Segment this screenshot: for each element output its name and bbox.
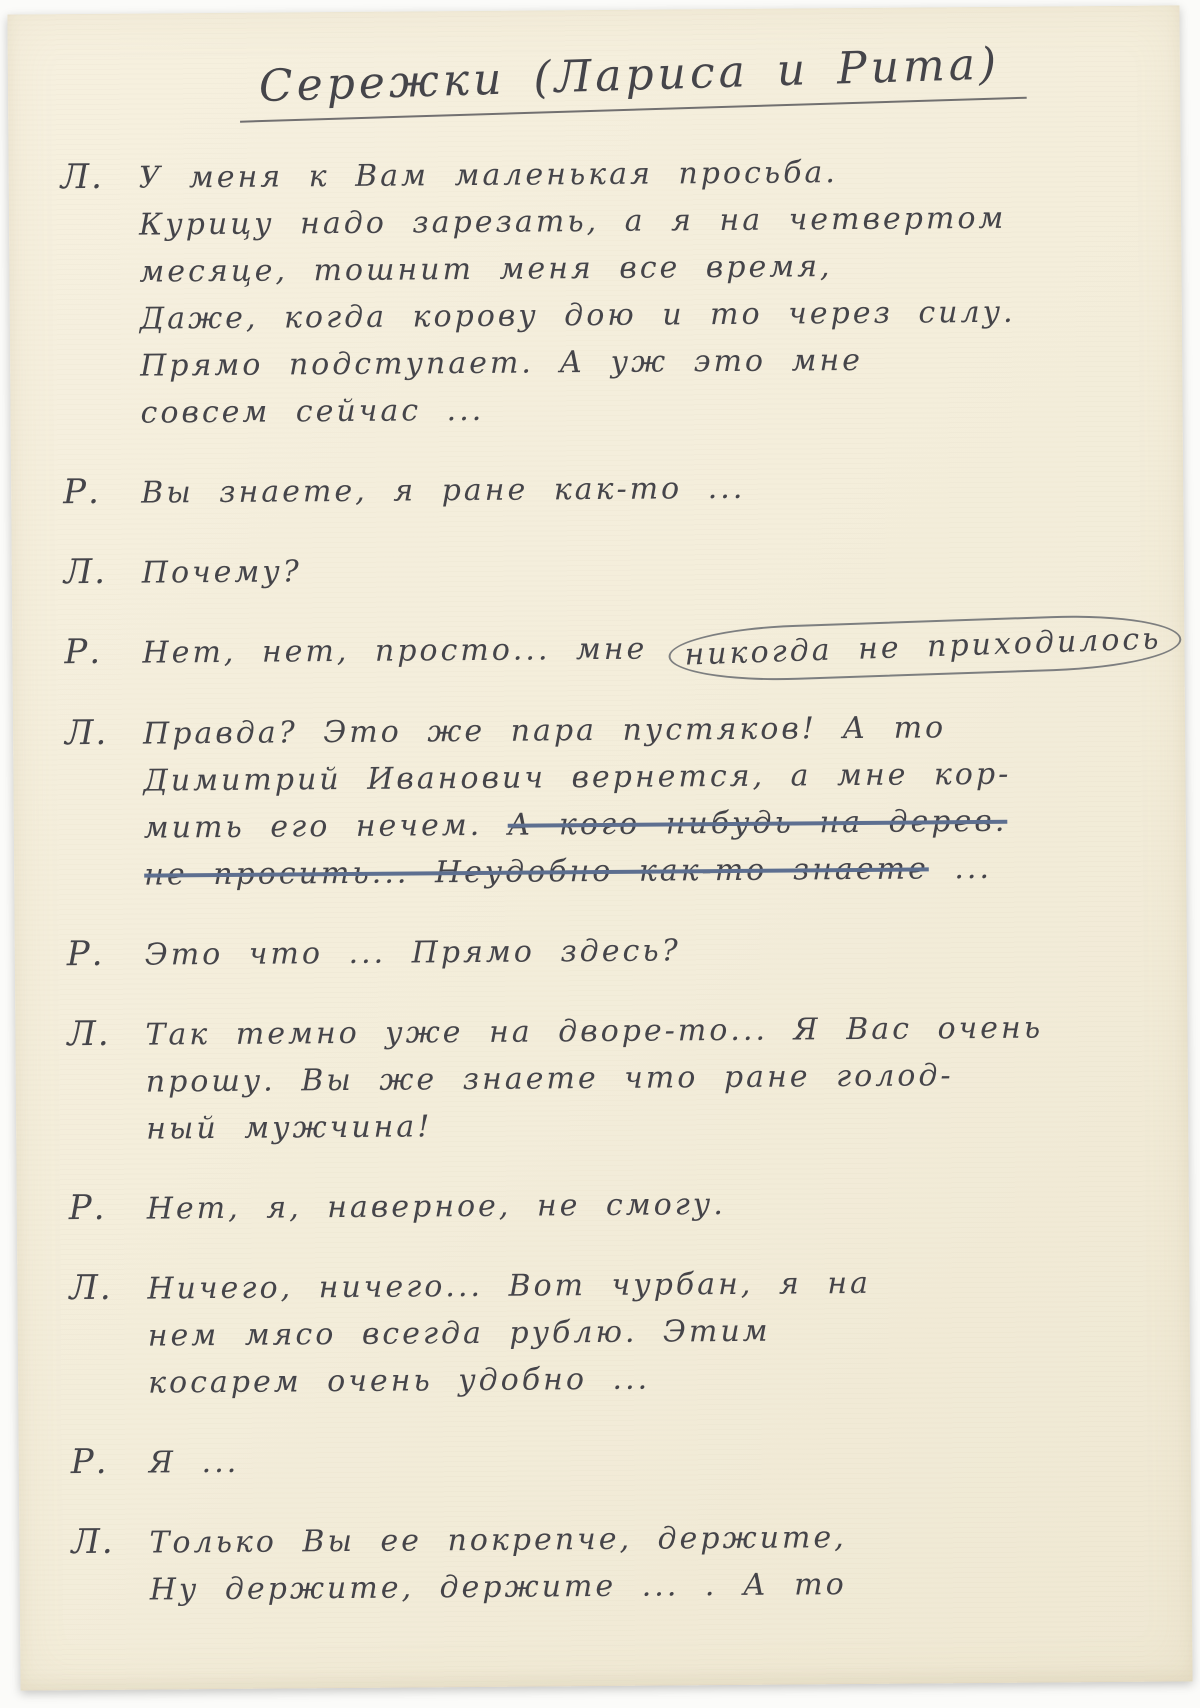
dialogue-entry: Л.У меня к Вам маленькая просьба.Курицу … <box>61 147 1149 438</box>
speaker-label: Л. <box>71 1520 150 1615</box>
handwritten-line: Ну держите, держите ... . А то <box>150 1559 1158 1614</box>
handwritten-line: Почему? <box>142 542 1150 597</box>
handwritten-line: мить его нечем. А кого нибудь на дерев. <box>144 797 1152 852</box>
speaker-label: Л. <box>64 550 142 598</box>
handwritten-line: У меня к Вам маленькая просьба. <box>139 147 1147 202</box>
handwritten-line: не просить... Неудобно как-то знаете ... <box>144 844 1152 899</box>
handwritten-line: Курицу надо зарезать, а я на четвертом <box>139 194 1147 249</box>
handwritten-text: Димитрий Иванович вернется, а мне кор- <box>143 757 1011 799</box>
dialogue-entry: Р.Нет, нет, просто... мне никогда не при… <box>64 622 1150 679</box>
speaker-label: Р. <box>69 1186 147 1234</box>
dialogue-lines: Это что ... Прямо здесь? <box>145 924 1153 979</box>
dialogue-lines: Только Вы ее покрепче, держите,Ну держит… <box>149 1512 1158 1614</box>
handwritten-text: Ну держите, держите ... . А то <box>150 1567 847 1607</box>
handwritten-line: косарем очень удобно ... <box>148 1352 1156 1407</box>
handwritten-text: Ничего, ничего... Вот чурбан, я на <box>147 1266 871 1307</box>
handwritten-text: Нет, нет, просто... мне <box>142 631 673 670</box>
dialogue-lines: Я ... <box>149 1432 1157 1487</box>
speaker-label: Р. <box>67 932 145 980</box>
handwritten-line: Прямо подступает. А уж это мне <box>140 335 1148 390</box>
speaker-label: Л. <box>65 711 144 900</box>
dialogue-lines: Нет, нет, просто... мне никогда не прихо… <box>142 622 1172 678</box>
dialogue-lines: Нет, я, наверное, не смогу. <box>147 1178 1155 1233</box>
dialogue-entry: Л.Ничего, ничего... Вот чурбан, я нанем … <box>69 1258 1156 1408</box>
dialogue-lines: Почему? <box>142 542 1150 597</box>
handwritten-text: косарем очень удобно ... <box>148 1362 650 1401</box>
dialogue-entry: Р.Я ... <box>71 1432 1157 1488</box>
handwritten-text: совсем сейчас ... <box>140 393 484 431</box>
handwritten-line: Нет, нет, просто... мне никогда не прихо… <box>142 622 1172 678</box>
dialogue-entry: Р.Вы знаете, я ране как-то ... <box>63 462 1149 518</box>
handwritten-line: Даже, когда корову дою и то через силу. <box>140 288 1148 343</box>
handwritten-text: У меня к Вам маленькая просьба. <box>139 155 838 195</box>
handwritten-text: Курицу надо зарезать, а я на четвертом <box>139 201 1006 243</box>
handwritten-line: совсем сейчас ... <box>140 382 1148 437</box>
dialogue-lines: Вы знаете, я ране как-то ... <box>141 462 1149 517</box>
handwritten-text: Вы знаете, я ране как-то ... <box>141 471 745 511</box>
dialogue: Л.У меня к Вам маленькая просьба.Курицу … <box>61 147 1158 1614</box>
handwritten-line: Димитрий Иванович вернется, а мне кор- <box>143 750 1151 805</box>
speaker-label: Р. <box>63 470 141 518</box>
handwritten-line: ный мужчина! <box>146 1098 1154 1153</box>
handwritten-text: ный мужчина! <box>146 1109 432 1146</box>
manuscript-page: Сережки (Лариса и Рита) Л.У меня к Вам м… <box>7 5 1192 1690</box>
handwritten-line: месяце, тошнит меня все время, <box>139 241 1147 296</box>
handwritten-line: Так темно уже на дворе-то... Я Вас очень <box>145 1004 1153 1059</box>
handwritten-text: Это что ... Прямо здесь? <box>145 933 681 972</box>
dialogue-entry: Л.Так темно уже на дворе-то... Я Вас оче… <box>67 1004 1154 1154</box>
page-title: Сережки (Лариса и Рита) <box>239 38 1028 123</box>
strike-text: не просить... Неудобно как-то знаете <box>144 851 929 892</box>
handwritten-text: нем мясо всегда рублю. Этим <box>148 1314 771 1354</box>
handwritten-text: Даже, когда корову дою и то через силу. <box>140 295 1016 337</box>
dialogue-lines: У меня к Вам маленькая просьба.Курицу на… <box>139 147 1149 437</box>
speaker-label: Л. <box>69 1266 148 1408</box>
handwritten-line: Нет, я, наверное, не смогу. <box>147 1178 1155 1233</box>
speaker-label: Л. <box>67 1012 146 1154</box>
dialogue-entry: Л.Правда? Это же пара пустяков! А тоДими… <box>65 703 1152 900</box>
handwritten-line: Ничего, ничего... Вот чурбан, я на <box>147 1258 1155 1313</box>
handwritten-text: Только Вы ее покрепче, держите, <box>149 1520 847 1560</box>
speaker-label: Р. <box>64 630 142 679</box>
dialogue-entry: Л.Почему? <box>64 542 1150 598</box>
handwritten-text: ... <box>929 851 992 886</box>
speaker-label: Р. <box>71 1440 149 1488</box>
handwritten-line: Вы знаете, я ране как-то ... <box>141 462 1149 517</box>
handwritten-line: нем мясо всегда рублю. Этим <box>148 1305 1156 1360</box>
scan-background: Сережки (Лариса и Рита) Л.У меня к Вам м… <box>0 0 1200 1708</box>
handwritten-text: Нет, я, наверное, не смогу. <box>147 1187 726 1227</box>
strike-text: А кого нибудь на дерев. <box>508 804 1008 843</box>
handwritten-line: Я ... <box>149 1432 1157 1487</box>
handwritten-text: прошу. Вы же знаете что ране голод- <box>146 1058 954 1099</box>
handwritten-text: мить его нечем. <box>144 808 508 846</box>
dialogue-lines: Так темно уже на дворе-то... Я Вас очень… <box>145 1004 1154 1153</box>
handwritten-line: Только Вы ее покрепче, держите, <box>149 1512 1157 1567</box>
handwritten-line: Правда? Это же пара пустяков! А то <box>143 703 1151 758</box>
dialogue-lines: Ничего, ничего... Вот чурбан, я нанем мя… <box>147 1258 1156 1407</box>
dialogue-entry: Р.Нет, я, наверное, не смогу. <box>69 1178 1155 1234</box>
handwritten-line: Это что ... Прямо здесь? <box>145 924 1153 979</box>
handwritten-text: Я ... <box>149 1445 240 1481</box>
handwritten-text: Почему? <box>142 554 302 590</box>
circled-text: никогда не приходилось <box>668 612 1183 684</box>
handwritten-text: Правда? Это же пара пустяков! А то <box>143 710 946 751</box>
handwritten-text: Прямо подступает. А уж это мне <box>140 343 863 384</box>
dialogue-entry: Р.Это что ... Прямо здесь? <box>67 924 1153 980</box>
speaker-label: Л. <box>61 155 141 438</box>
handwritten-text: месяце, тошнит меня все время, <box>139 249 832 289</box>
dialogue-lines: Правда? Это же пара пустяков! А тоДимитр… <box>143 703 1152 899</box>
title-wrap: Сережки (Лариса и Рита) <box>120 46 1146 115</box>
handwritten-line: прошу. Вы же знаете что ране голод- <box>146 1051 1154 1106</box>
dialogue-entry: Л.Только Вы ее покрепче, держите,Ну держ… <box>71 1512 1158 1615</box>
handwritten-text: Так темно уже на дворе-то... Я Вас очень <box>145 1011 1043 1053</box>
